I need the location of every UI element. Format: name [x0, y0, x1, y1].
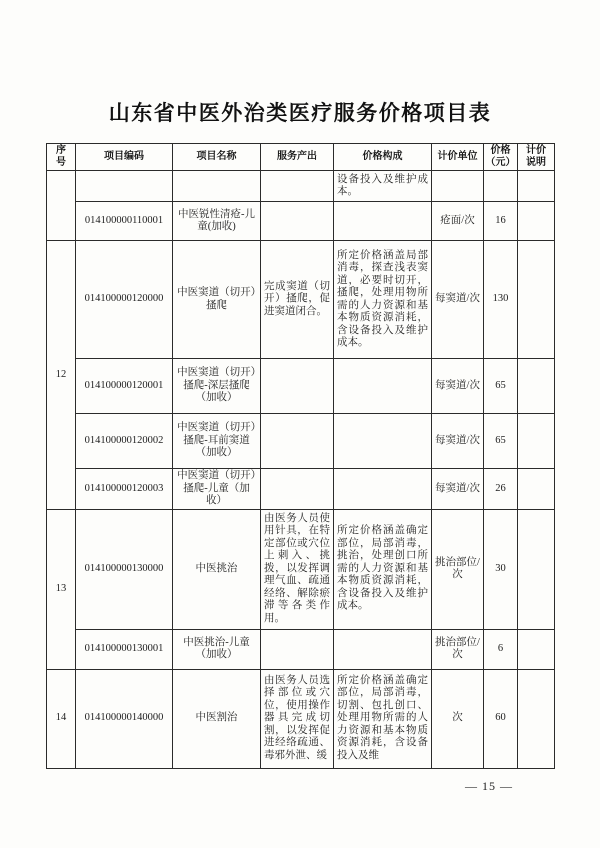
composition-cell — [334, 469, 432, 510]
note-cell — [518, 202, 555, 241]
table-row: 014100000120003 中医窦道（切开）搔爬-儿童（加收） 每窦道/次 … — [47, 469, 555, 510]
seq-cell: 12 — [47, 241, 76, 510]
unit-cell: 每窦道/次 — [432, 241, 484, 359]
code-cell — [76, 171, 173, 202]
composition-cell — [334, 629, 432, 669]
code-cell: 014100000120003 — [76, 469, 173, 510]
name-cell: 中医挑治-儿童（加收） — [173, 629, 261, 669]
price-cell: 65 — [484, 414, 518, 469]
note-cell — [518, 669, 555, 768]
name-cell: 中医锐性清疮-儿童(加收) — [173, 202, 261, 241]
price-cell: 65 — [484, 359, 518, 414]
name-cell — [173, 171, 261, 202]
output-cell — [261, 202, 334, 241]
note-cell — [518, 241, 555, 359]
name-cell: 中医窦道（切开）搔爬-耳前窦道（加收） — [173, 414, 261, 469]
table-row: 014100000110001 中医锐性清疮-儿童(加收) 疮面/次 16 — [47, 202, 555, 241]
page-number: — 15 — — [465, 779, 513, 794]
price-cell: 130 — [484, 241, 518, 359]
page-title: 山东省中医外治类医疗服务价格项目表 — [0, 97, 600, 127]
output-cell: 完成窦道（切开）搔爬，促进窦道闭合。 — [261, 241, 334, 359]
unit-cell: 每窦道/次 — [432, 359, 484, 414]
table-row: 14 014100000140000 中医割治 由医务人员选择部位或穴位，使用操… — [47, 669, 555, 768]
unit-cell — [432, 171, 484, 202]
header-unit: 计价单位 — [432, 144, 484, 171]
unit-cell: 挑治部位/次 — [432, 629, 484, 669]
price-cell: 60 — [484, 669, 518, 768]
unit-cell: 每窦道/次 — [432, 469, 484, 510]
table-row: 014100000130001 中医挑治-儿童（加收） 挑治部位/次 6 — [47, 629, 555, 669]
code-cell: 014100000130001 — [76, 629, 173, 669]
code-cell: 014100000110001 — [76, 202, 173, 241]
unit-cell: 疮面/次 — [432, 202, 484, 241]
composition-cell — [334, 202, 432, 241]
output-cell — [261, 414, 334, 469]
table-row: 设备投入及维护成本。 — [47, 171, 555, 202]
header-row: 序 号 项目编码 项目名称 服务产出 价格构成 计价单位 价格 （元） 计价 说… — [47, 144, 555, 171]
price-cell: 16 — [484, 202, 518, 241]
table-row: 014100000120001 中医窦道（切开）搔爬-深层搔爬（加收） 每窦道/… — [47, 359, 555, 414]
table-row: 13 014100000130000 中医挑治 由医务人员使用针具，在特定部位或… — [47, 509, 555, 629]
composition-cell — [334, 414, 432, 469]
header-name: 项目名称 — [173, 144, 261, 171]
output-cell — [261, 469, 334, 510]
seq-cell: 13 — [47, 509, 76, 669]
header-seq: 序 号 — [47, 144, 76, 171]
name-cell: 中医割治 — [173, 669, 261, 768]
output-cell — [261, 171, 334, 202]
note-cell — [518, 629, 555, 669]
header-code: 项目编码 — [76, 144, 173, 171]
table-row: 12 014100000120000 中医窦道（切开）搔爬 完成窦道（切开）搔爬… — [47, 241, 555, 359]
output-cell: 由医务人员选择部位或穴位，使用操作器具完成切割，以发挥促进经络疏通、毒邪外泄、缓 — [261, 669, 334, 768]
output-cell — [261, 629, 334, 669]
note-cell — [518, 171, 555, 202]
name-cell: 中医挑治 — [173, 509, 261, 629]
price-cell — [484, 171, 518, 202]
document-page: 山东省中医外治类医疗服务价格项目表 序 号 项目编码 项目名称 服务产出 价格构… — [0, 0, 600, 848]
header-price: 价格 （元） — [484, 144, 518, 171]
note-cell — [518, 469, 555, 510]
name-cell: 中医窦道（切开）搔爬-深层搔爬（加收） — [173, 359, 261, 414]
code-cell: 014100000130000 — [76, 509, 173, 629]
price-cell: 30 — [484, 509, 518, 629]
header-output: 服务产出 — [261, 144, 334, 171]
seq-cell: 14 — [47, 669, 76, 768]
composition-cell: 设备投入及维护成本。 — [334, 171, 432, 202]
price-table: 序 号 项目编码 项目名称 服务产出 价格构成 计价单位 价格 （元） 计价 说… — [46, 143, 555, 769]
code-cell: 014100000120001 — [76, 359, 173, 414]
code-cell: 014100000140000 — [76, 669, 173, 768]
note-cell — [518, 359, 555, 414]
composition-cell: 所定价格涵盖确定部位，局部消毒，切割、包扎创口、处理用物所需的人力资源和基本物质… — [334, 669, 432, 768]
composition-cell: 所定价格涵盖局部消毒，探查浅表窦道，必要时切开，搔爬，处理用物所需的人力资源和基… — [334, 241, 432, 359]
price-cell: 26 — [484, 469, 518, 510]
code-cell: 014100000120002 — [76, 414, 173, 469]
table-row: 014100000120002 中医窦道（切开）搔爬-耳前窦道（加收） 每窦道/… — [47, 414, 555, 469]
note-cell — [518, 509, 555, 629]
composition-cell: 所定价格涵盖确定部位，局部消毒，挑治，处理创口所需的人力资源和基本物质资源消耗，… — [334, 509, 432, 629]
header-note: 计价 说明 — [518, 144, 555, 171]
seq-cell — [47, 171, 76, 241]
unit-cell: 每窦道/次 — [432, 414, 484, 469]
output-cell: 由医务人员使用针具，在特定部位或穴位上刺入、挑拨，以发挥调理气血、疏通经络、解除… — [261, 509, 334, 629]
unit-cell: 挑治部位/次 — [432, 509, 484, 629]
output-cell — [261, 359, 334, 414]
composition-cell — [334, 359, 432, 414]
name-cell: 中医窦道（切开）搔爬 — [173, 241, 261, 359]
code-cell: 014100000120000 — [76, 241, 173, 359]
header-composition: 价格构成 — [334, 144, 432, 171]
name-cell: 中医窦道（切开）搔爬-儿童（加收） — [173, 469, 261, 510]
price-cell: 6 — [484, 629, 518, 669]
unit-cell: 次 — [432, 669, 484, 768]
note-cell — [518, 414, 555, 469]
